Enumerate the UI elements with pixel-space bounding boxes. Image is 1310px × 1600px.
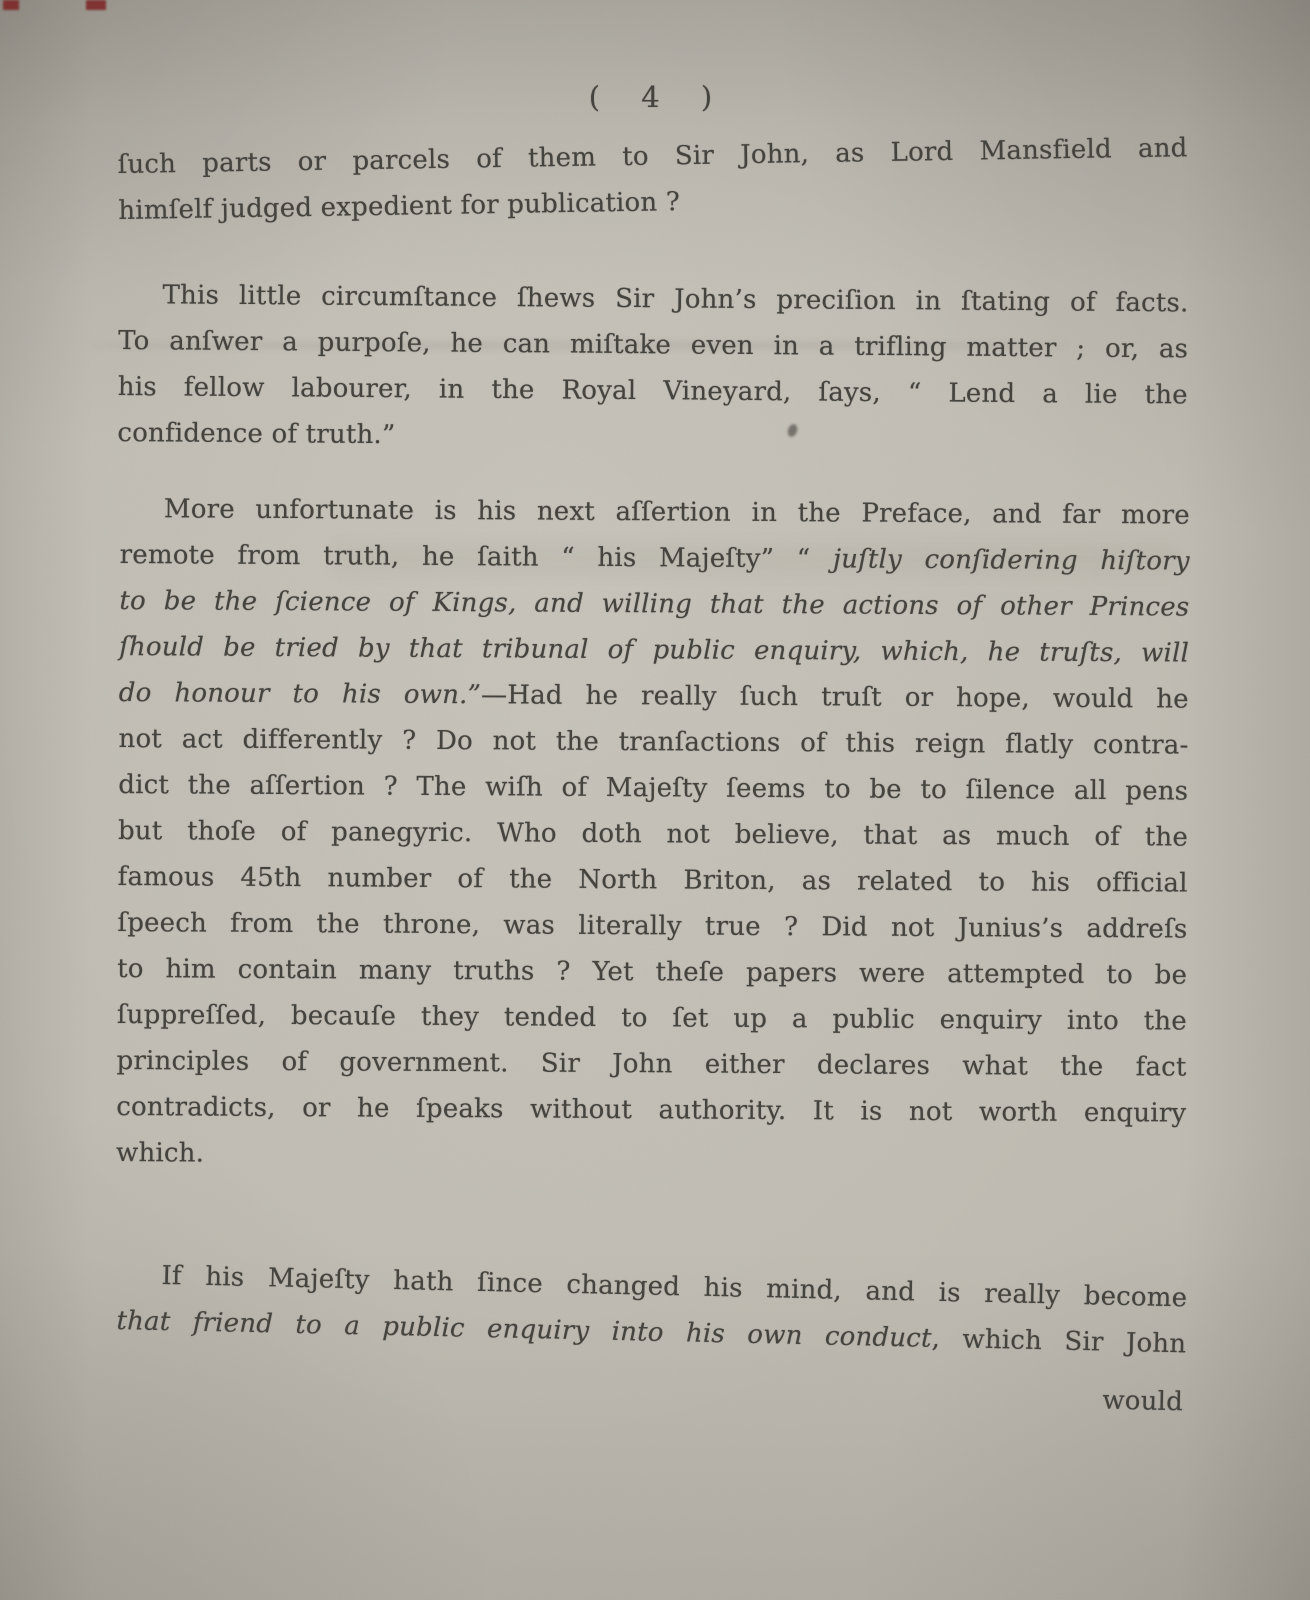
text-line: More unfortunate is his next aſſertion i… [120, 486, 1190, 539]
text-line: To anſwer a purpoſe, he can miſtake even… [118, 318, 1188, 372]
text-line: remote from truth, he ſaith “ his Majeſt… [120, 532, 1190, 585]
text-line: confidence of truth.” [117, 410, 1187, 464]
text-line: dict the aſſertion ? The wiſh of Majeſty… [118, 762, 1188, 815]
page-text-block: ſuch parts or parcels of them to Sir Joh… [118, 0, 1188, 1402]
text-line: famous 45th number of the North Briton, … [118, 854, 1188, 907]
red-mark [86, 0, 106, 10]
text-line: to him contain many truths ? Yet theſe p… [117, 946, 1187, 999]
text-line: do honour to his own.”—Had he really ſuc… [119, 670, 1189, 723]
text-line: his fellow labourer, in the Royal Vineya… [118, 364, 1188, 418]
text-line: principles of government. Sir John eithe… [116, 1038, 1186, 1091]
text-line: ſhould be tried by that tribunal of publ… [119, 624, 1189, 677]
paragraph: If his Majeſty hath ſince changed his mi… [115, 1252, 1188, 1425]
text-line: which. [116, 1130, 1186, 1183]
red-mark [3, 0, 19, 10]
text-line: This little circumſtance ſhews Sir John’… [118, 272, 1188, 326]
text-line: ſuppreſſed, becauſe they tended to ſet u… [117, 992, 1187, 1045]
text-line: ſpeech from the throne, was literally tr… [117, 900, 1187, 953]
text-line: not act differently ? Do not the tranſac… [118, 716, 1188, 769]
catchword: would [115, 1356, 1186, 1425]
paragraph: More unfortunate is his next aſſertion i… [116, 486, 1190, 1183]
text-line: to be the ſcience of Kings, and willing … [119, 578, 1189, 631]
paragraph: ſuch parts or parcels of them to Sir Joh… [117, 125, 1188, 234]
text-line: contradicts, or he ſpeaks without author… [116, 1084, 1186, 1137]
book-page-photo: ( 4 ) ſuch parts or parcels of them to S… [0, 0, 1310, 1600]
text-line: but thoſe of panegyric. Who doth not bel… [118, 808, 1188, 861]
paragraph: This little circumſtance ſhews Sir John’… [117, 272, 1188, 464]
